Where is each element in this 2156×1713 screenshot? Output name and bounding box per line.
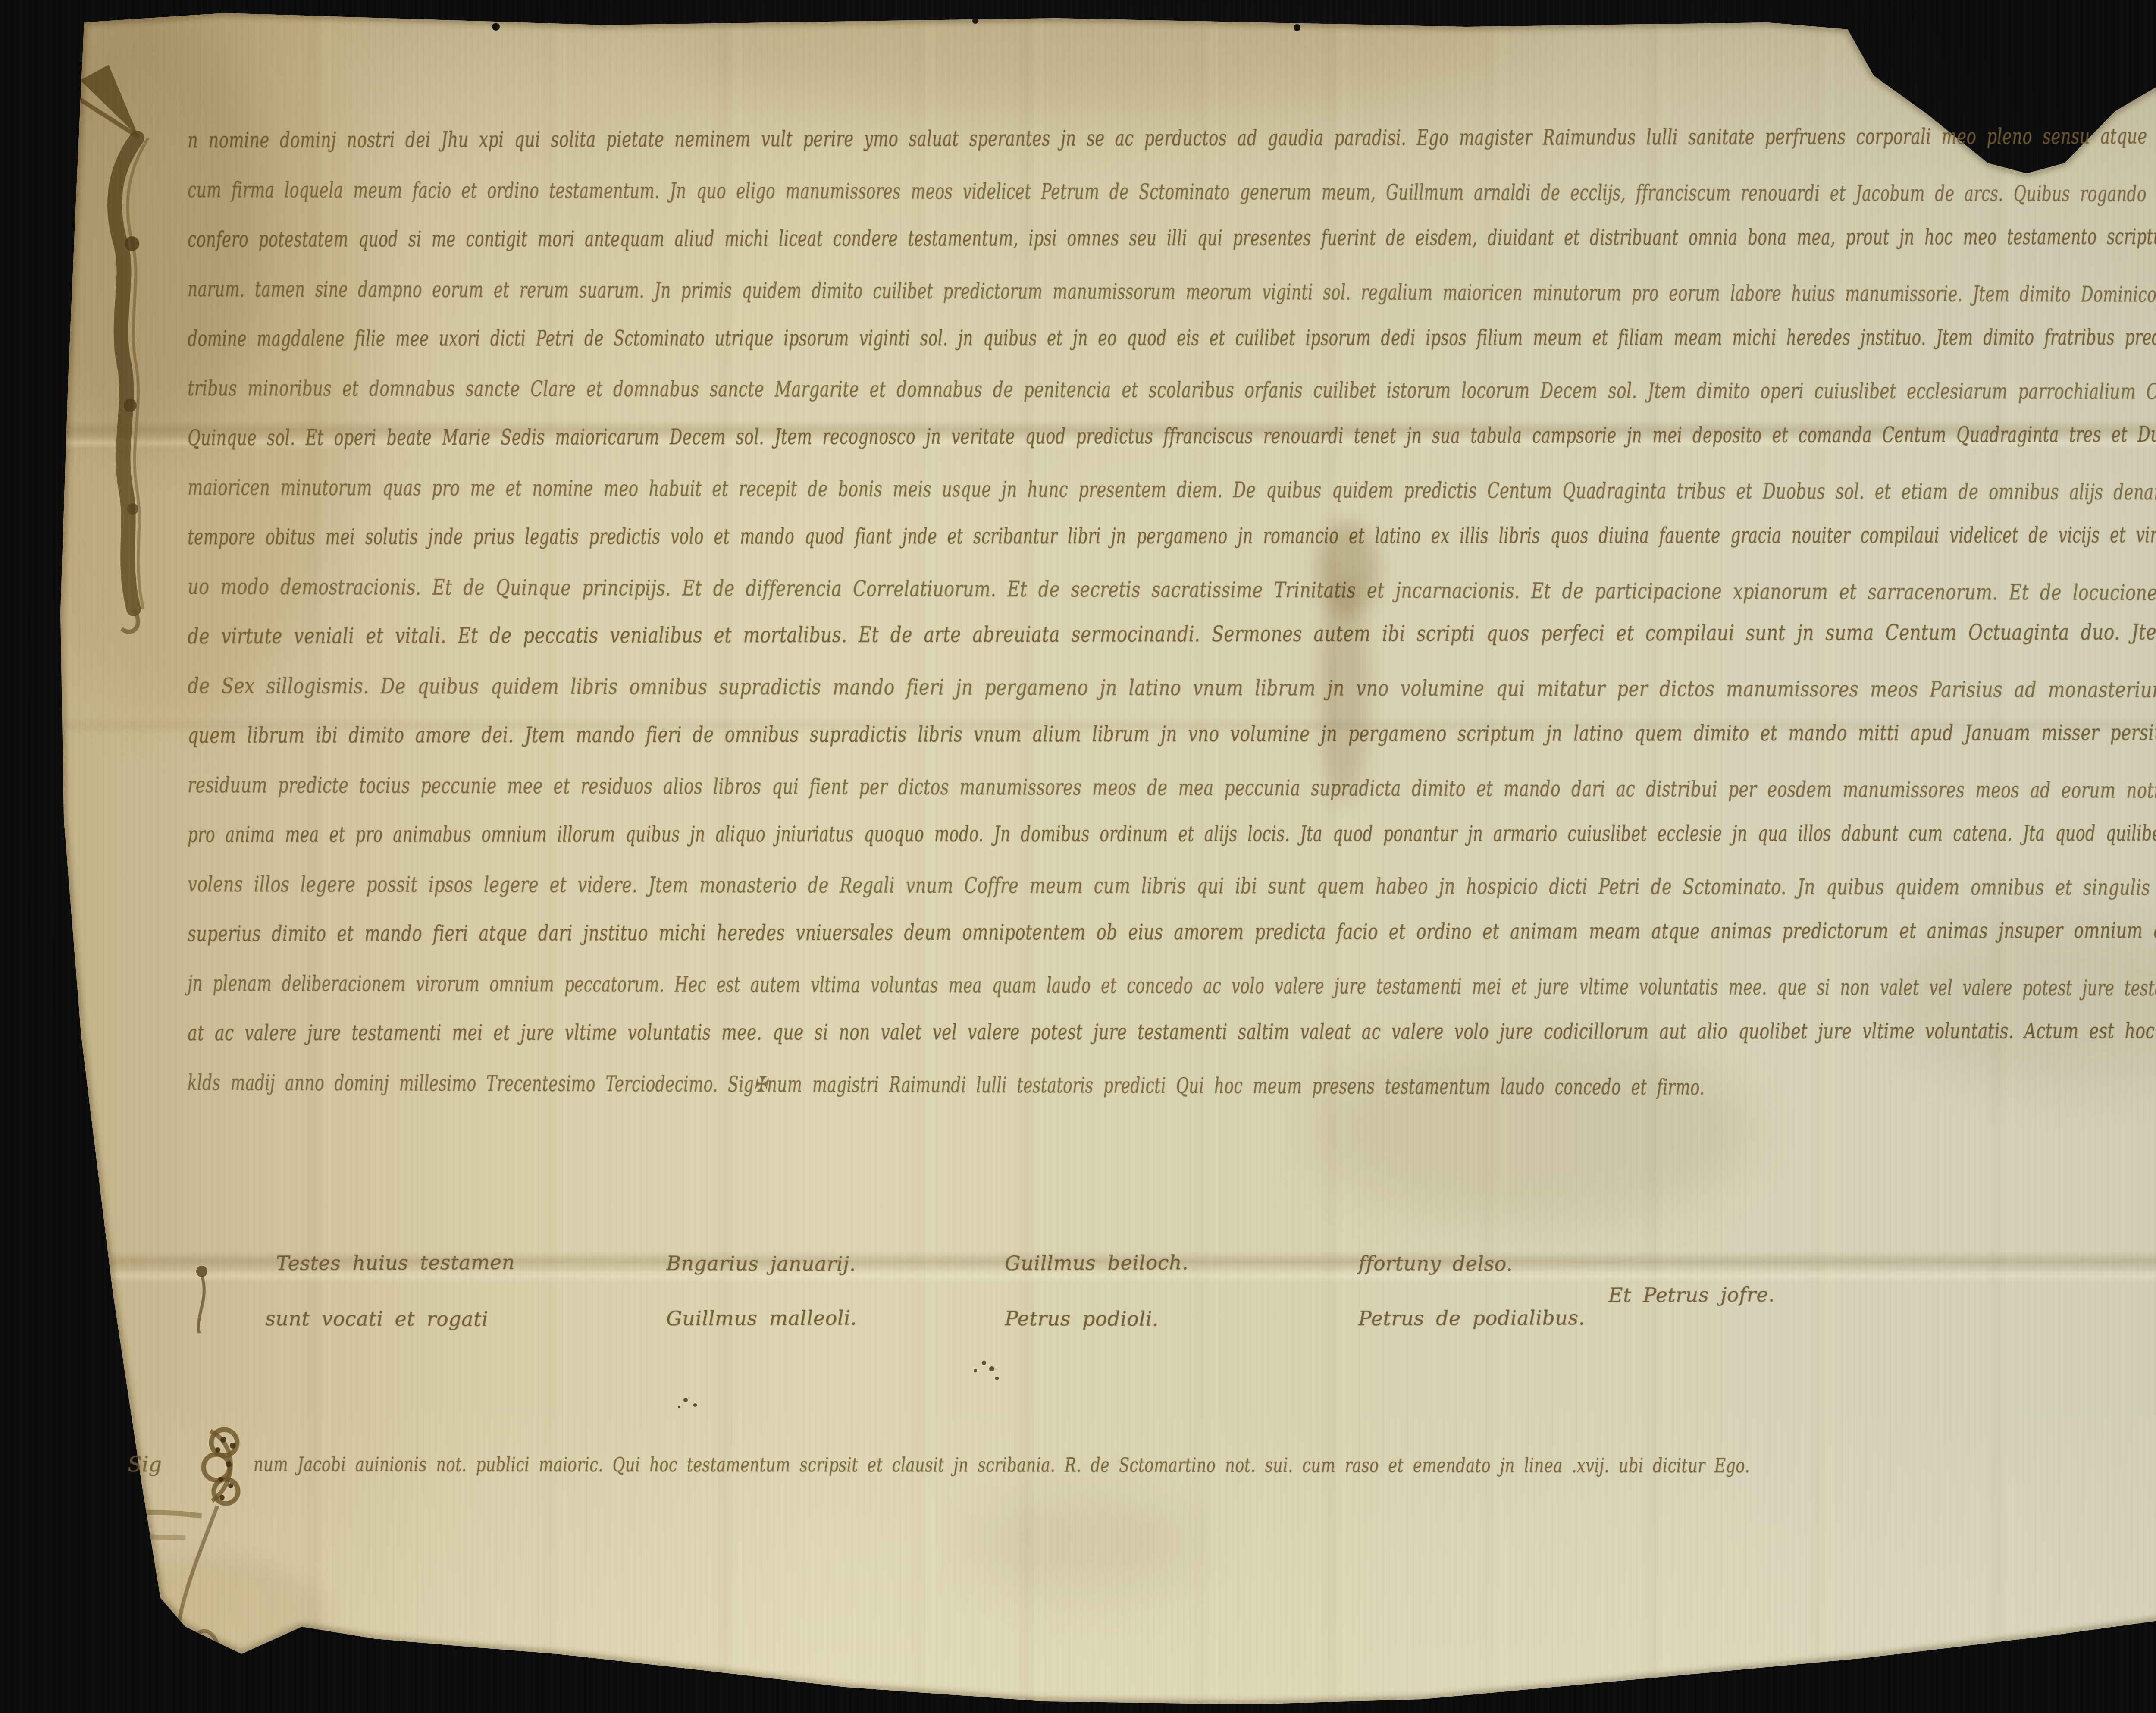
photograph-stage: n nomine dominj nostri dei Jhu xpi qui s… bbox=[0, 0, 2156, 1713]
notary-line: Sig num Jacobi auinionis not. publici ma… bbox=[0, 0, 2156, 1713]
notary-sig-prefix: Sig bbox=[128, 1453, 162, 1477]
notary-text: num Jacobi auinionis not. publici maiori… bbox=[254, 1454, 1750, 1475]
